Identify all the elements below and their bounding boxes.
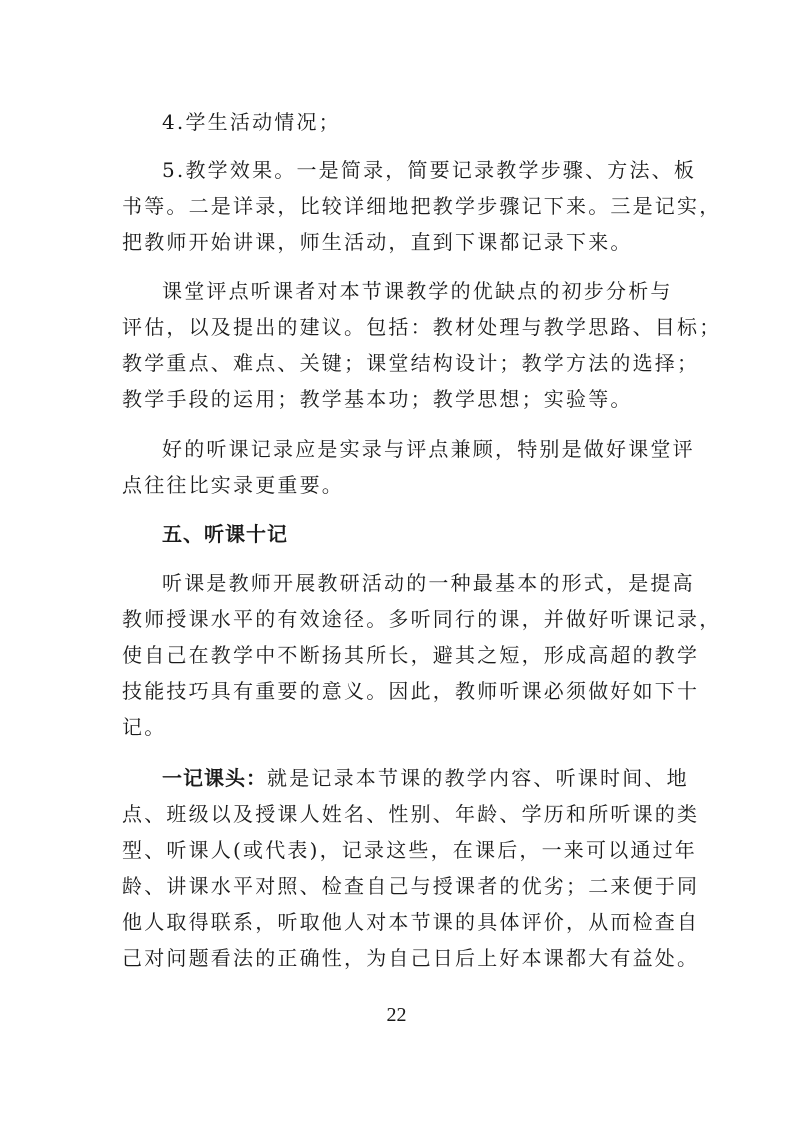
intro-paragraph-line-2: 教师授课水平的有效途径。多听同行的课，并做好听课记录，	[122, 607, 682, 631]
good-record-paragraph-line-1: 好的听课记录应是实录与评点兼顾，特别是做好课堂评	[162, 437, 722, 461]
first-record-paragraph-line-1: 一记课头：就是记录本节课的教学内容、听课时间、地	[162, 766, 722, 790]
document-page: 4.学生活动情况； 5.教学效果。一是简录，简要记录教学步骤、方法、板 书等。二…	[0, 0, 793, 1122]
section-heading: 五、听课十记	[162, 522, 722, 546]
intro-paragraph-line-5: 记。	[122, 715, 682, 739]
evaluation-paragraph-line-2: 评估，以及提出的建议。包括：教材处理与教学思路、目标；	[122, 315, 682, 339]
intro-paragraph-line-4: 技能技巧具有重要的意义。因此，教师听课必须做好如下十	[122, 679, 682, 703]
evaluation-paragraph-line-3: 教学重点、难点、关键；课堂结构设计；教学方法的选择；	[122, 351, 682, 375]
first-record-paragraph-line-5: 他人取得联系，听取他人对本节课的具体评价，从而检查自	[122, 910, 682, 934]
list-item-5-line-1: 5.教学效果。一是简录，简要记录教学步骤、方法、板	[162, 158, 722, 182]
first-record-paragraph-line-4: 龄、讲课水平对照、检查自己与授课者的优劣；二来便于同	[122, 874, 682, 898]
evaluation-paragraph-line-4: 教学手段的运用；教学基本功；教学思想；实验等。	[122, 387, 682, 411]
good-record-paragraph-line-2: 点往往比实录更重要。	[122, 473, 682, 497]
list-item-5-line-2: 书等。二是详录，比较详细地把教学步骤记下来。三是记实，	[122, 194, 682, 218]
first-record-text: 就是记录本节课的教学内容、听课时间、地	[267, 766, 689, 790]
evaluation-paragraph-line-1: 课堂评点听课者对本节课教学的优缺点的初步分析与	[162, 279, 722, 303]
list-item-4: 4.学生活动情况；	[162, 110, 722, 134]
page-number: 22	[0, 1003, 793, 1027]
list-item-5-line-3: 把教师开始讲课，师生活动，直到下课都记录下来。	[122, 230, 682, 254]
first-record-paragraph-line-2: 点、班级以及授课人姓名、性别、年龄、学历和所听课的类	[122, 802, 682, 826]
first-record-paragraph-line-3: 型、听课人(或代表)，记录这些，在课后，一来可以通过年	[122, 838, 682, 862]
first-record-lead: 一记课头：	[162, 766, 267, 790]
intro-paragraph-line-3: 使自己在教学中不断扬其所长，避其之短，形成高超的教学	[122, 643, 682, 667]
intro-paragraph-line-1: 听课是教师开展教研活动的一种最基本的形式，是提高	[162, 571, 722, 595]
first-record-paragraph-line-6: 己对问题看法的正确性，为自己日后上好本课都大有益处。	[122, 946, 682, 970]
